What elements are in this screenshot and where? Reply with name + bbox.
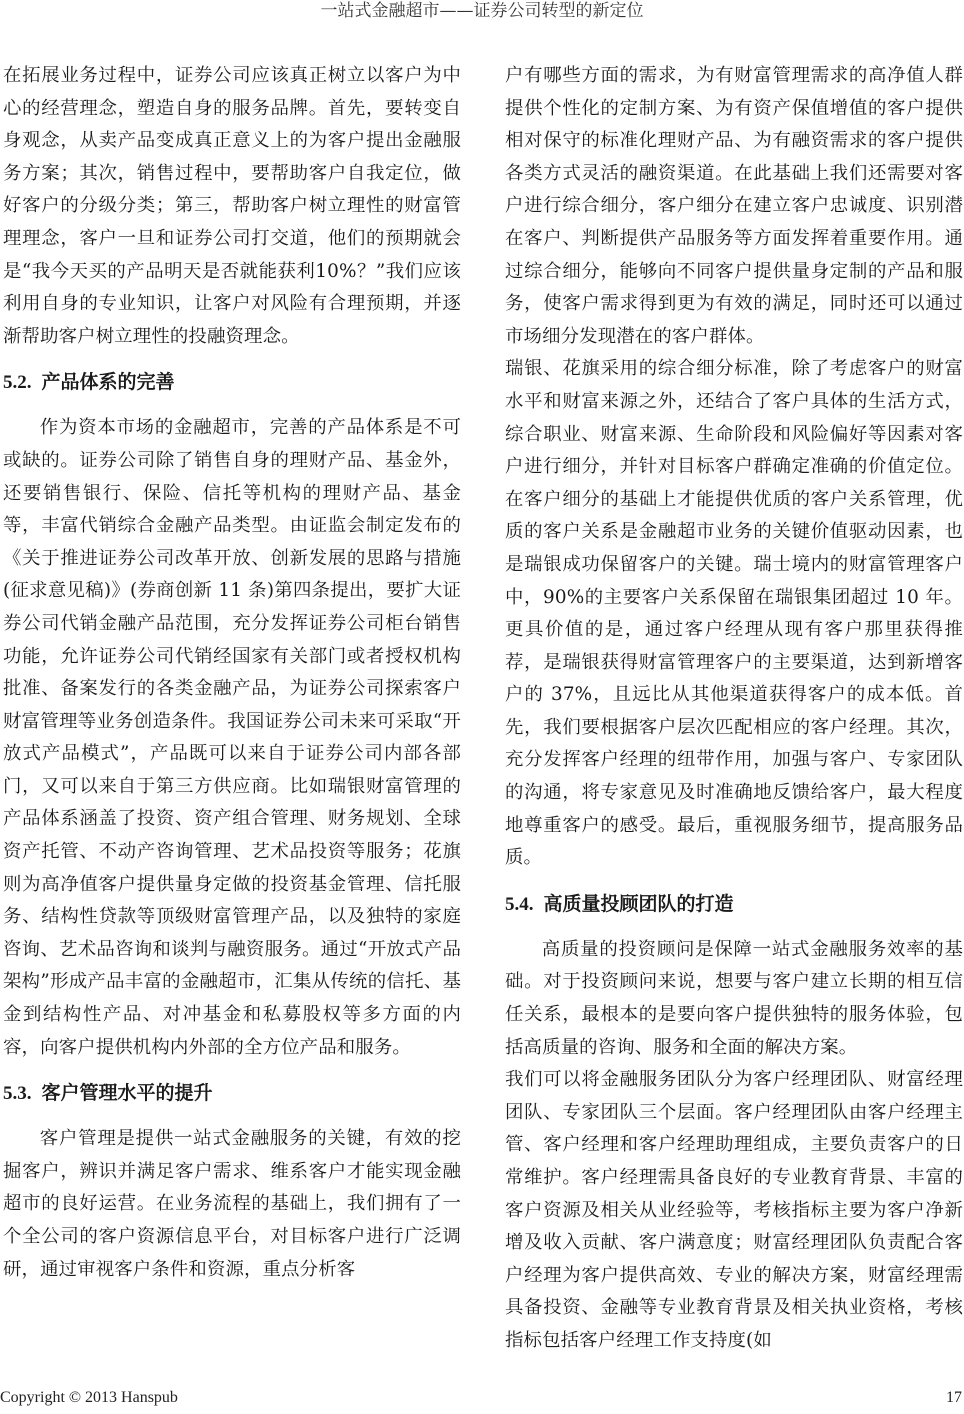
section-title: 客户管理水平的提升 xyxy=(42,1082,213,1104)
section-5-3-paragraph-2: 瑞银、花旗采用的综合细分标准，除了考虑客户的财富水平和财富来源之外，还结合了客户… xyxy=(505,353,963,875)
section-heading-5-2: 5.2.产品体系的完善 xyxy=(3,367,461,398)
section-5-2-paragraph: 作为资本市场的金融超市，完善的产品体系是不可或缺的。证券公司除了销售自身的理财产… xyxy=(3,412,461,1064)
copyright-notice: Copyright © 2013 Hanspub xyxy=(0,1389,178,1407)
section-heading-5-4: 5.4.高质量投顾团队的打造 xyxy=(505,889,963,920)
section-5-3-paragraph: 客户管理是提供一站式金融服务的关键，有效的挖掘客户，辨识并满足客户需求、维系客户… xyxy=(3,1123,461,1286)
section-title: 产品体系的完善 xyxy=(42,371,175,393)
intro-paragraph: 在拓展业务过程中，证券公司应该真正树立以客户为中心的经营理念，塑造自身的服务品牌… xyxy=(3,60,461,353)
section-5-3-continued-paragraph: 户有哪些方面的需求，为有财富管理需求的高净值人群提供个性化的定制方案、为有资产保… xyxy=(505,60,963,353)
section-title: 高质量投顾团队的打造 xyxy=(544,893,734,915)
page-number: 17 xyxy=(946,1389,962,1407)
section-number: 5.4. xyxy=(505,894,534,915)
running-header: 一站式金融超市——证券公司转型的新定位 xyxy=(0,0,964,22)
section-number: 5.2. xyxy=(3,372,32,393)
section-5-4-paragraph-2: 我们可以将金融服务团队分为客户经理团队、财富经理团队、专家团队三个层面。客户经理… xyxy=(505,1064,963,1357)
right-column: 户有哪些方面的需求，为有财富管理需求的高净值人群提供个性化的定制方案、为有资产保… xyxy=(505,60,963,1358)
section-number: 5.3. xyxy=(3,1083,32,1104)
section-5-4-paragraph-1: 高质量的投资顾问是保障一站式金融服务效率的基础。对于投资顾问来说，想要与客户建立… xyxy=(505,934,963,1064)
section-heading-5-3: 5.3.客户管理水平的提升 xyxy=(3,1078,461,1109)
left-column: 在拓展业务过程中，证券公司应该真正树立以客户为中心的经营理念，塑造自身的服务品牌… xyxy=(3,60,461,1286)
